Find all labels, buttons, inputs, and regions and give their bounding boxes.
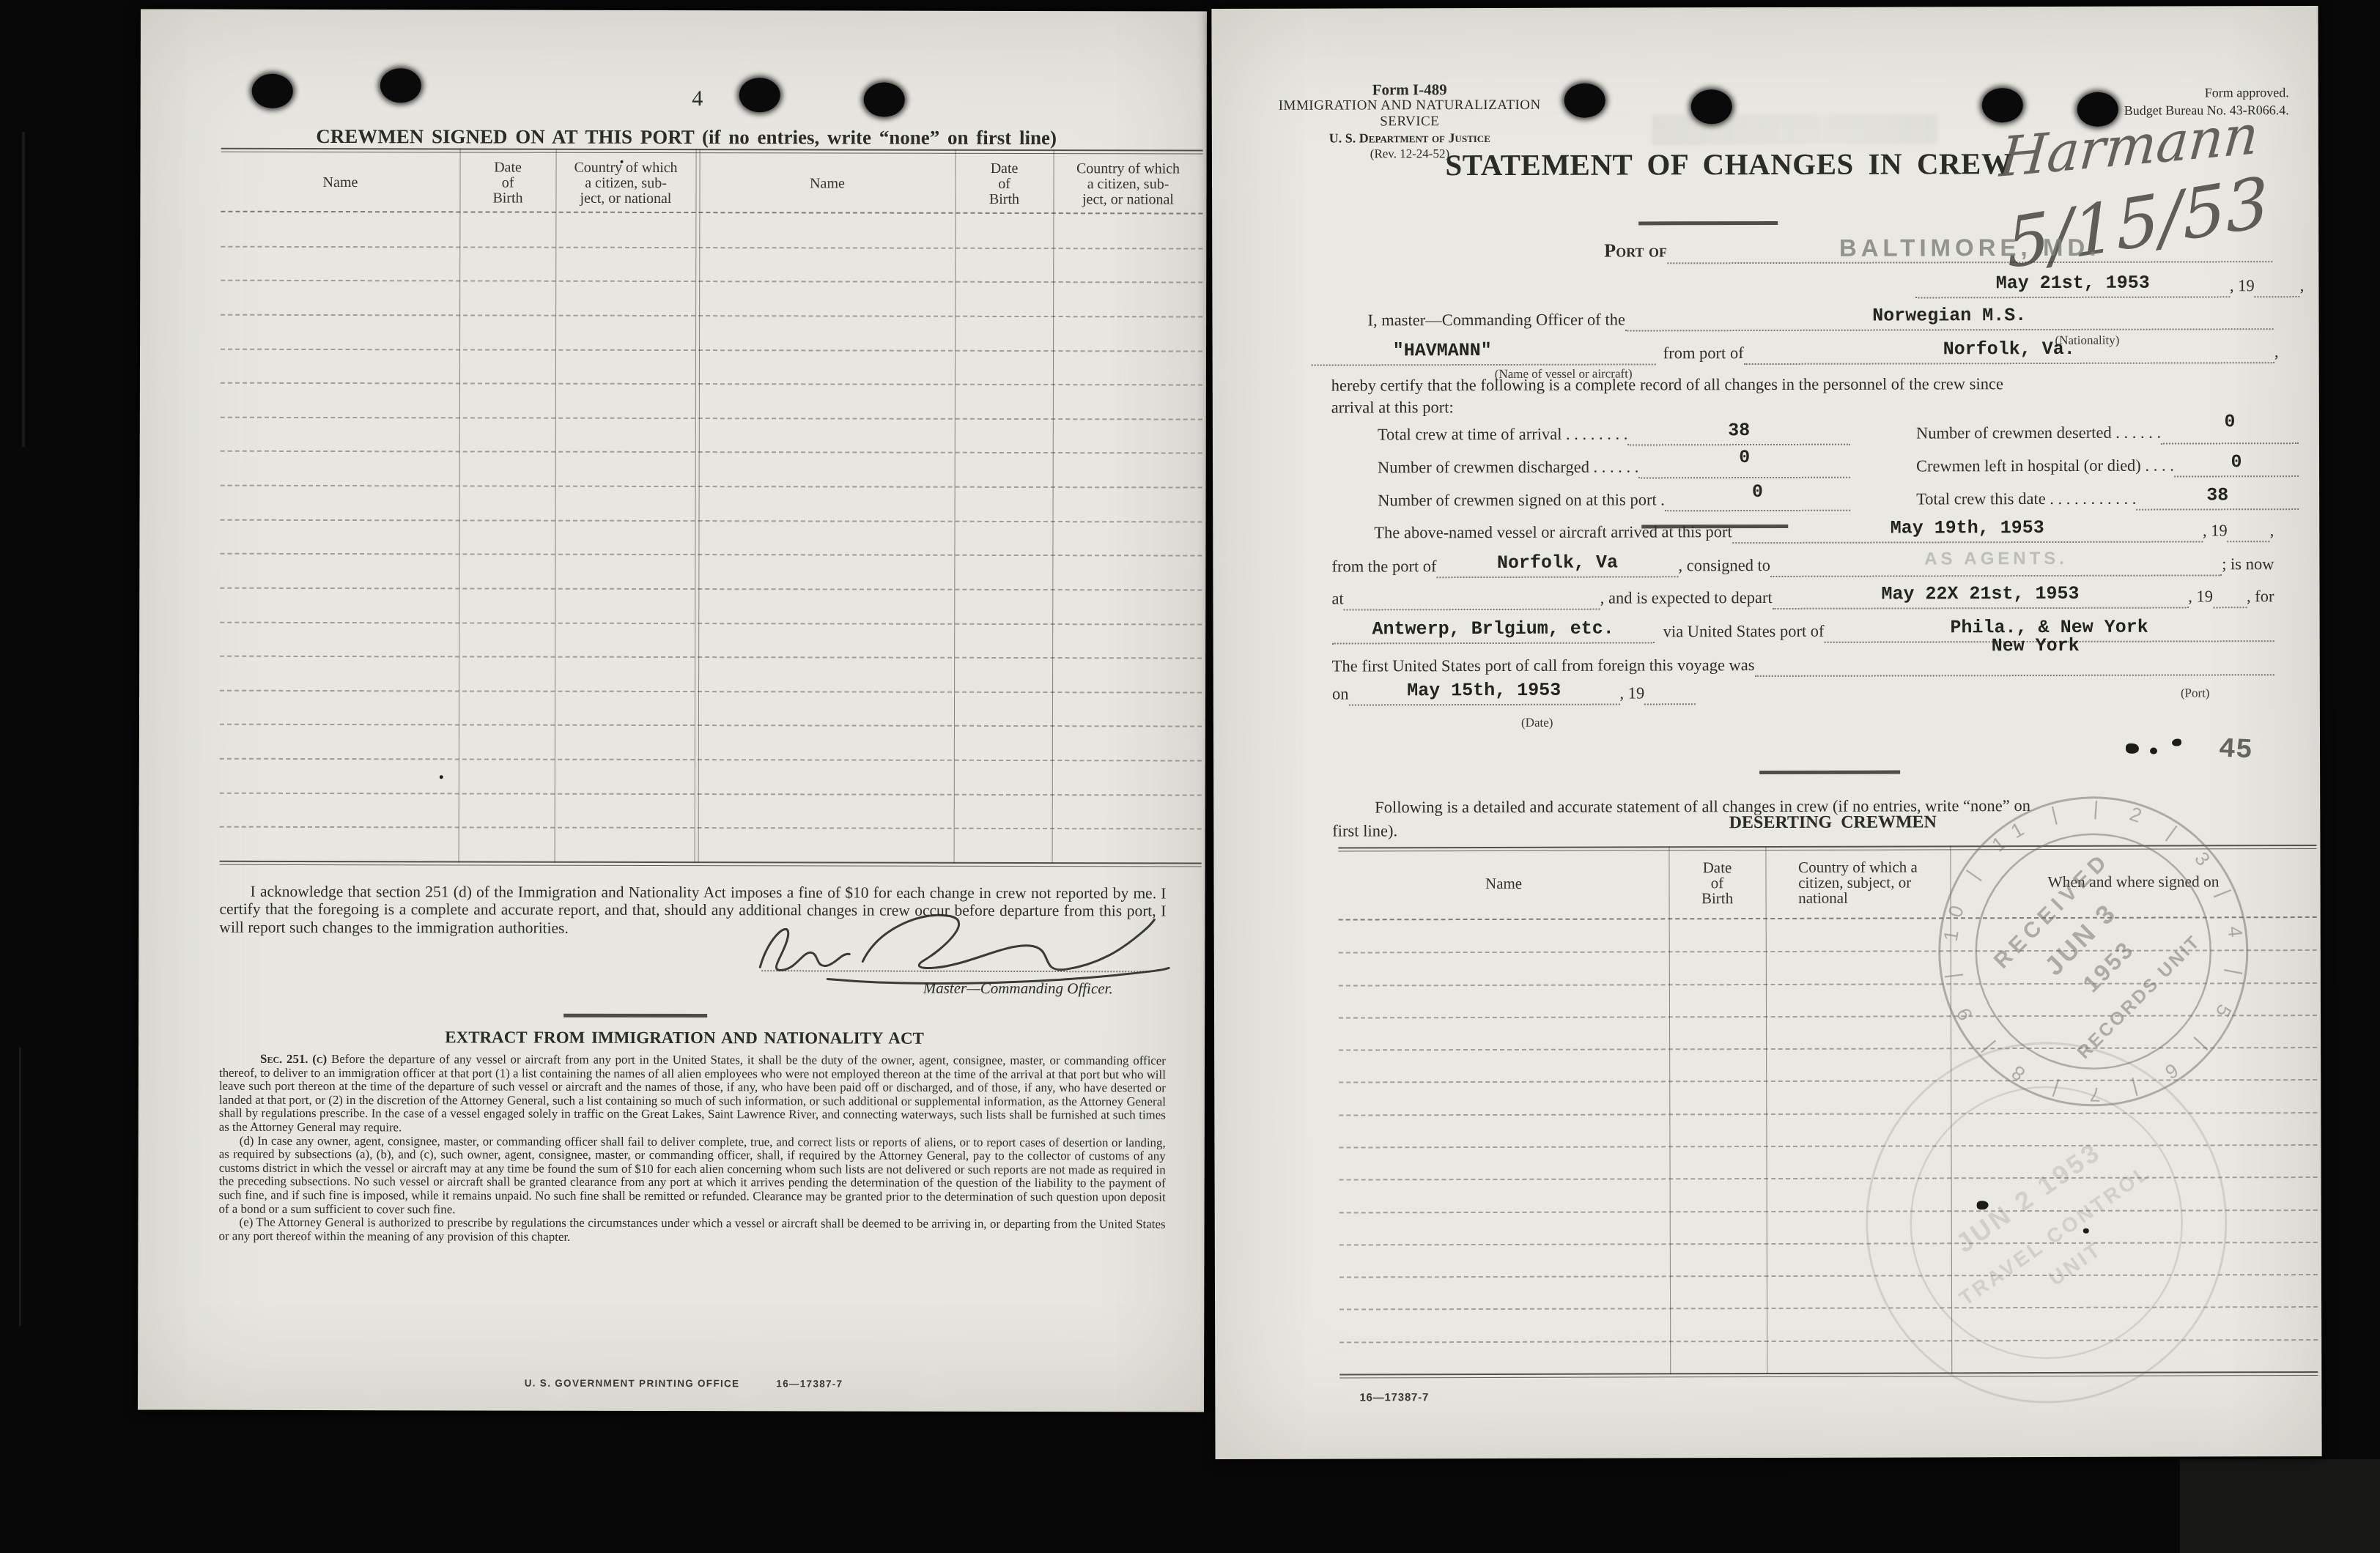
right-page: Form I-489 IMMIGRATION AND NATURALIZATIO… <box>1211 6 2321 1459</box>
depart-date-typed: May 22X 21st, 1953 <box>1881 583 2079 605</box>
at-label: at <box>1331 590 1343 611</box>
count-field: 0 <box>1638 455 1850 479</box>
nationality-field: Norwegian M.S. <box>1625 306 2274 331</box>
port-of-label: Port of <box>1604 240 1667 264</box>
agency-name: IMMIGRATION AND NATURALIZATION SERVICE <box>1252 97 1567 130</box>
port-stamp: BALTIMORE, MD. <box>1839 234 2101 262</box>
section-text: Before the departure of any vessel or ai… <box>219 1052 1166 1134</box>
from-the-port-field: Norfolk, Va <box>1436 554 1678 578</box>
form-number: Form I-489 <box>1252 81 1567 98</box>
extract-paragraph-d: (d) In case any owner, agent, consignee,… <box>219 1134 1166 1217</box>
column-header-name: Name <box>1338 853 1668 913</box>
first-port-date-typed: May 15th, 1953 <box>1407 680 1561 702</box>
certify-line-1: hereby certify that the following is a c… <box>1331 374 2003 395</box>
consigned-label: , consigned to <box>1678 556 1770 577</box>
count-label: Number of crewmen discharged . . . . . . <box>1378 457 1638 479</box>
count-value: 0 <box>2231 451 2242 472</box>
table-row <box>220 520 1202 556</box>
count-field: 38 <box>1627 422 1850 446</box>
table-row <box>221 384 1202 420</box>
film-streak <box>22 132 25 447</box>
column-header-country: Country of which a citizen, subject, or … <box>1765 853 1950 912</box>
nationality-typed: Norwegian M.S. <box>1872 305 2026 327</box>
arrived-label: The above-named vessel or aircraft arriv… <box>1374 522 1732 544</box>
vessel-name-field: "HAVMANN" <box>1312 341 1656 366</box>
section-label: (d) <box>219 1133 254 1147</box>
from-port-label: from port of <box>1656 344 1744 365</box>
comma: , <box>2300 276 2305 297</box>
count-field: 38 <box>2136 486 2299 511</box>
hole-punch-icon <box>252 74 293 108</box>
extract-body: Sec. 251. (c) Before the departure of an… <box>218 1053 1166 1245</box>
at-field <box>1344 587 1600 611</box>
column-header-country: Country of which a citizen, sub- ject, o… <box>1053 155 1202 212</box>
ink-speck <box>440 775 443 779</box>
count-label: Number of crewmen signed on at this port… <box>1378 490 1665 512</box>
table-row <box>221 418 1202 453</box>
table-row <box>221 213 1202 249</box>
column-header-name: Name <box>221 154 459 212</box>
signature-caption: Master—Commanding Officer. <box>879 979 1157 998</box>
year-prefix: , 19 <box>2188 587 2213 608</box>
hole-punch-icon <box>1982 88 2023 122</box>
table-row <box>220 793 1202 829</box>
certify-line-2: arrival at this port: <box>1331 398 1454 417</box>
section-text: The Attorney General is authorized to pr… <box>218 1215 1165 1243</box>
hole-punch-icon <box>1564 84 1605 118</box>
consigned-field: AS AGENTS. <box>1770 552 2222 577</box>
count-value: 38 <box>2206 484 2228 505</box>
first-port-field <box>1754 652 2274 677</box>
date-field: May 21st, 1953 <box>1915 274 2230 298</box>
on-label: on <box>1332 684 1349 705</box>
section-label: Sec. 251. (c) <box>219 1052 327 1066</box>
handwritten-number: 45 <box>2218 733 2253 766</box>
department-name: U. S. Department of Justice <box>1252 130 1567 147</box>
table-row <box>221 281 1202 317</box>
date-typed: May 21st, 1953 <box>1996 273 2150 294</box>
extract-title: EXTRACT FROM IMMIGRATION AND NATIONALITY… <box>208 1028 1161 1049</box>
extract-paragraph-e: (e) The Attorney General is authorized t… <box>218 1216 1165 1245</box>
ink-speck <box>621 160 624 163</box>
count-label: Total crew at time of arrival . . . . . … <box>1378 424 1628 446</box>
count-label: Total crew this date . . . . . . . . . .… <box>1916 489 2136 511</box>
table-body <box>220 213 1203 863</box>
master-label: I, master—Commanding Officer of the <box>1367 311 1625 333</box>
count-value: 38 <box>1728 420 1750 441</box>
hole-punch-icon <box>1691 89 1732 124</box>
table-row <box>220 691 1202 727</box>
table-row <box>221 247 1202 283</box>
hole-punch-icon <box>380 68 421 103</box>
table-row <box>221 452 1202 488</box>
via-foreign-field: Antwerp, Brlgium, etc. <box>1332 620 1655 644</box>
count-label: Number of crewmen deserted . . . . . . <box>1916 423 2161 445</box>
port-of-field: BALTIMORE, MD. <box>1667 239 2272 264</box>
comma: , <box>2274 342 2279 363</box>
count-value: 0 <box>2224 411 2235 432</box>
is-now-label: ; is now <box>2222 555 2274 576</box>
column-header-country: Country of which a citizen, sub- ject, o… <box>555 155 695 212</box>
via-foreign-typed: Antwerp, Brlgium, etc. <box>1372 618 1614 640</box>
ink-blot <box>2126 744 2139 754</box>
hole-punch-icon <box>864 83 905 117</box>
count-label: Crewmen left in hospital (or died) . . .… <box>1916 456 2174 478</box>
count-field: 0 <box>1665 488 1850 512</box>
year-field <box>1644 681 1696 705</box>
section-label: (e) <box>219 1215 254 1229</box>
signed-on-table: Name Date of Birth Country of which a ci… <box>220 148 1203 866</box>
scanner-background: 4 CREWMEN SIGNED ON AT THIS PORT (if no … <box>0 0 2380 1553</box>
following-line-2: first line). <box>1332 821 1397 840</box>
depart-label: , and is expected to depart <box>1600 588 1773 610</box>
extract-paragraph-c: Sec. 251. (c) Before the departure of an… <box>219 1053 1166 1136</box>
section-divider-rule <box>1759 771 1900 775</box>
ink-speck <box>2083 1228 2089 1234</box>
page-title: CREWMEN SIGNED ON AT THIS PORT (if no en… <box>210 125 1163 150</box>
table-row <box>220 725 1202 761</box>
column-header-dob: Date of Birth <box>459 154 555 211</box>
faint-stamp-smear <box>1652 114 1937 145</box>
table-row <box>220 623 1202 659</box>
form-print-number: 16—17387-7 <box>1359 1391 1429 1404</box>
year-field <box>2255 274 2300 297</box>
for-label: , for <box>2247 587 2274 608</box>
count-value: 0 <box>1739 447 1750 468</box>
table-row <box>220 657 1202 693</box>
form-print-number: 16—17387-7 <box>776 1378 843 1389</box>
ink-blot <box>2172 739 2181 746</box>
count-value: 0 <box>1752 481 1763 503</box>
table-row <box>220 760 1202 796</box>
arrived-date-field: May 19th, 1953 <box>1732 519 2203 544</box>
table-row <box>220 589 1202 625</box>
year-field <box>2228 519 2270 542</box>
table-row <box>221 349 1202 385</box>
travel-control-stamp: JUN 2 1953 TRAVEL CONTROL UNIT <box>1852 1028 2241 1417</box>
count-field: 0 <box>2174 453 2299 477</box>
vessel-name-typed: "HAVMANN" <box>1393 340 1492 361</box>
year-prefix: , 19 <box>2203 521 2228 542</box>
from-the-port-label: from the port of <box>1331 557 1436 578</box>
section-divider-rule <box>563 1014 707 1018</box>
arrived-date-typed: May 19th, 1953 <box>1891 517 2044 539</box>
first-port-date-field: May 15th, 1953 <box>1348 682 1619 706</box>
date-hint: (Date) <box>1521 716 1553 730</box>
hole-punch-icon <box>2077 92 2118 127</box>
scanner-shadow-patch <box>2180 1459 2380 1553</box>
table-row <box>220 828 1202 862</box>
ink-blot <box>2150 748 2157 755</box>
table-row <box>220 555 1202 590</box>
year-field <box>2213 585 2247 608</box>
from-port-field: Norfolk, Va. <box>1744 340 2274 365</box>
depart-date-field: May 22X 21st, 1953 <box>1773 585 2189 609</box>
left-page: 4 CREWMEN SIGNED ON AT THIS PORT (if no … <box>138 9 1207 1412</box>
port-hint: (Port) <box>2181 686 2210 700</box>
film-streak <box>19 1048 21 1326</box>
section-text: In case any owner, agent, consignee, mas… <box>219 1133 1166 1216</box>
column-header-dob: Date of Birth <box>1668 853 1765 912</box>
column-header-dob: Date of Birth <box>955 155 1053 212</box>
column-header-name: Name <box>699 155 955 212</box>
from-port-typed: Norfolk, Va. <box>1943 338 2075 360</box>
document-title: STATEMENT OF CHANGES IN CREW <box>1351 146 2106 183</box>
count-field: 0 <box>2161 420 2299 444</box>
table-row <box>221 486 1202 522</box>
hole-punch-icon <box>739 78 780 112</box>
table-row <box>221 316 1202 352</box>
from-the-port-typed: Norfolk, Va <box>1497 552 1618 574</box>
year-prefix: , 19 <box>1619 683 1644 705</box>
via-label: via United States port of <box>1655 622 1825 644</box>
page-number: 4 <box>668 86 727 111</box>
title-underline <box>1638 221 1778 225</box>
printing-office-footer: U. S. GOVERNMENT PRINTING OFFICE <box>525 1378 740 1390</box>
comma: , <box>2270 521 2274 542</box>
year-prefix: , 19 <box>2230 276 2255 297</box>
agents-stamp: AS AGENTS. <box>1924 549 2068 570</box>
